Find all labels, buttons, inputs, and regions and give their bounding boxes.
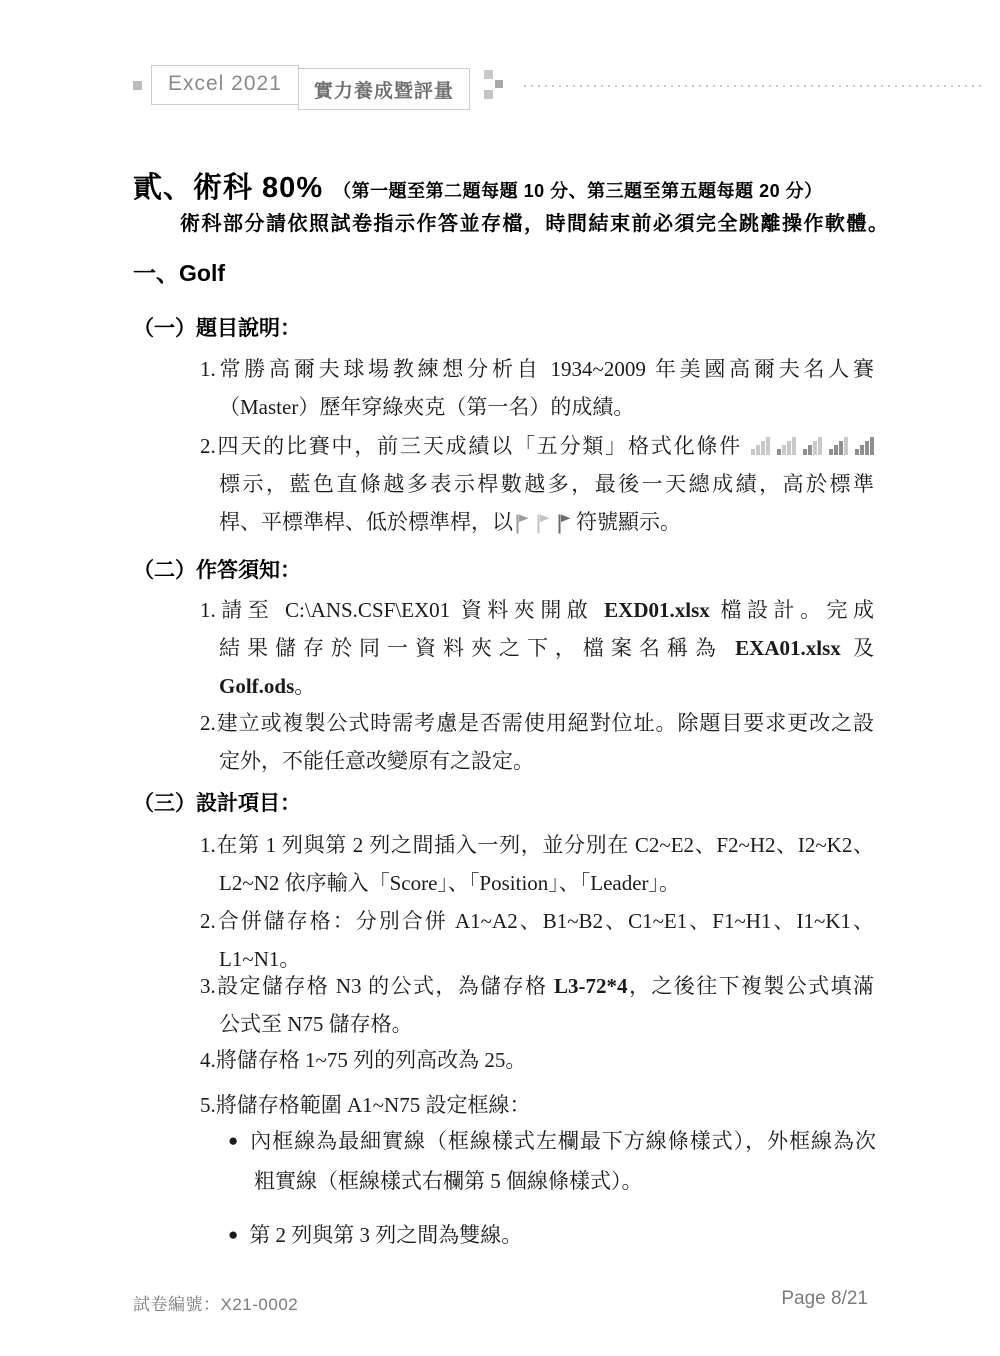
series-name: 實力養成暨評量 [314, 81, 454, 102]
flag-icon-set [515, 505, 572, 543]
text-line: （Master）歷年穿綠夾克（第一名）的成績。 [200, 388, 874, 426]
bar-rating-icon [776, 436, 796, 455]
text-line: 桿、平標準桿、低於標準桿，以符號顯示。 [200, 503, 874, 543]
text-segment: 桿、平標準桿、低於標準桿，以 [219, 510, 513, 534]
decorative-square-icon [484, 70, 493, 79]
text-line: ●第 2 列與第 3 列之間為雙線。 [228, 1216, 876, 1256]
text-line: 粗實線（框線樣式右欄第 5 個線條樣式）。 [228, 1162, 876, 1200]
text-segment: 及 [841, 636, 874, 660]
text-line: ●內框線為最細實線（框線樣式左欄最下方線條樣式），外框線為次 [228, 1122, 876, 1162]
text-line: Golf.ods。 [200, 667, 874, 705]
question-title: 一、Golf [133, 255, 225, 288]
flag-icon [536, 505, 551, 543]
decorative-square-icon [495, 80, 503, 88]
section-3-heading: （三）設計項目： [133, 787, 301, 817]
bar-rating-icon-set [750, 436, 874, 455]
bar-rating-icon [854, 436, 874, 455]
text-line: 1.在第 1 列與第 2 列之間插入一列，並分別在 C2~E2、F2~H2、I2… [200, 826, 874, 864]
flag-icon [557, 505, 572, 543]
section-title-note: （第一題至第二題每題 10 分、第三題至第五題每題 20 分） [333, 177, 823, 203]
list-item: 2.四天的比賽中，前三天成績以「五分類」格式化條件 標示，藍色直條越多表示桿數越… [200, 427, 874, 543]
text-line: 2.合併儲存格：分別合併 A1~A2、B1~B2、C1~E1、F1~H1、I1~… [200, 902, 874, 940]
bullet-icon: ● [228, 1225, 238, 1244]
list-item: 4.將儲存格 1~75 列的列高改為 25。 [200, 1041, 874, 1079]
text-line: 1.常勝高爾夫球場教練想分析自 1934~2009 年美國高爾夫名人賽 [200, 350, 874, 388]
text-line: 定外，不能任意改變原有之設定。 [200, 742, 874, 780]
text-segment: 2.四天的比賽中，前三天成績以「五分類」格式化條件 [200, 434, 742, 458]
section-title: 貳、術科 80% （第一題至第二題每題 10 分、第三題至第五題每題 20 分） [133, 165, 823, 206]
list-item: 5.將儲存格範圍 A1~N75 設定框線： [200, 1086, 874, 1124]
section-title-main: 貳、術科 80% [133, 165, 323, 206]
filename: EXA01.xlsx [735, 636, 841, 660]
series-name-box: 實力養成暨評量 [298, 68, 470, 110]
text-segment: ，之後往下複製公式填滿 [628, 974, 874, 998]
list-item: 1.常勝高爾夫球場教練想分析自 1934~2009 年美國高爾夫名人賽 （Mas… [200, 350, 874, 426]
filename: EXD01.xlsx [604, 598, 710, 622]
list-item: 3.設定儲存格 N3 的公式，為儲存格 L3-72*4，之後往下複製公式填滿 公… [200, 967, 874, 1043]
list-item: 1.請至 C:\ANS.CSF\EX01 資料夾開啟 EXD01.xlsx 檔設… [200, 591, 874, 705]
decorative-squares-cluster [484, 70, 512, 104]
formula: L3-72*4 [554, 974, 628, 998]
bullet-item: ●內框線為最細實線（框線樣式左欄最下方線條樣式），外框線為次 粗實線（框線樣式右… [228, 1122, 876, 1200]
section-2-heading: （二）作答須知： [133, 554, 301, 584]
text-segment: 1.請至 C:\ANS.CSF\EX01 資料夾開啟 [200, 598, 604, 622]
bar-rating-icon [802, 436, 822, 455]
product-name-box: Excel 2021 [151, 65, 299, 105]
section-subtitle: 術科部分請依照試卷指示作答並存檔，時間結束前必須完全跳離操作軟體。 [180, 207, 890, 236]
list-item: 1.在第 1 列與第 2 列之間插入一列，並分別在 C2~E2、F2~H2、I2… [200, 826, 874, 902]
text-line: 標示，藍色直條越多表示桿數越多，最後一天總成績，高於標準 [200, 465, 874, 503]
exam-paper-page: Excel 2021 實力養成暨評量 貳、術科 80% （第一題至第二題每題 1… [0, 0, 1000, 1356]
text-segment: 符號顯示。 [576, 510, 681, 534]
dotted-divider [524, 85, 986, 87]
bar-rating-icon [750, 436, 770, 455]
text-segment: 檔設計。完成 [710, 598, 874, 622]
text-line: 3.設定儲存格 N3 的公式，為儲存格 L3-72*4，之後往下複製公式填滿 [200, 967, 874, 1005]
flag-icon [515, 505, 530, 543]
text-segment: 第 2 列與第 3 列之間為雙線。 [249, 1223, 522, 1247]
text-line: 4.將儲存格 1~75 列的列高改為 25。 [200, 1041, 874, 1079]
text-line: 2.建立或複製公式時需考慮是否需使用絕對位址。除題目要求更改之設 [200, 704, 874, 742]
bar-rating-icon [828, 436, 848, 455]
filename: Golf.ods [219, 674, 294, 698]
page-header: Excel 2021 實力養成暨評量 [133, 64, 986, 106]
text-line: L2~N2 依序輸入「Score」、「Position」、「Leader」。 [200, 864, 874, 902]
page-number: Page 8/21 [781, 1288, 868, 1310]
bullet-icon: ● [228, 1131, 239, 1150]
exam-code: 試卷編號：X21-0002 [133, 1290, 298, 1315]
text-line: 1.請至 C:\ANS.CSF\EX01 資料夾開啟 EXD01.xlsx 檔設… [200, 591, 874, 629]
text-segment: 。 [294, 674, 315, 698]
text-segment: 3.設定儲存格 N3 的公式，為儲存格 [200, 974, 554, 998]
bullet-item: ●第 2 列與第 3 列之間為雙線。 [228, 1216, 876, 1256]
text-segment: 結果儲存於同一資料夾之下，檔案名稱為 [219, 636, 735, 660]
text-line: 公式至 N75 儲存格。 [200, 1005, 874, 1043]
product-name: Excel 2021 [168, 72, 282, 95]
section-1-heading: （一）題目說明： [133, 312, 301, 342]
text-line: 2.四天的比賽中，前三天成績以「五分類」格式化條件 [200, 427, 874, 465]
text-line: 5.將儲存格範圍 A1~N75 設定框線： [200, 1086, 874, 1124]
list-item: 2.建立或複製公式時需考慮是否需使用絕對位址。除題目要求更改之設 定外，不能任意… [200, 704, 874, 780]
text-line: 結果儲存於同一資料夾之下，檔案名稱為 EXA01.xlsx 及 [200, 629, 874, 667]
text-segment: 內框線為最細實線（框線樣式左欄最下方線條樣式），外框線為次 [250, 1129, 876, 1153]
decorative-square-icon [133, 81, 142, 90]
decorative-square-icon [484, 90, 493, 99]
